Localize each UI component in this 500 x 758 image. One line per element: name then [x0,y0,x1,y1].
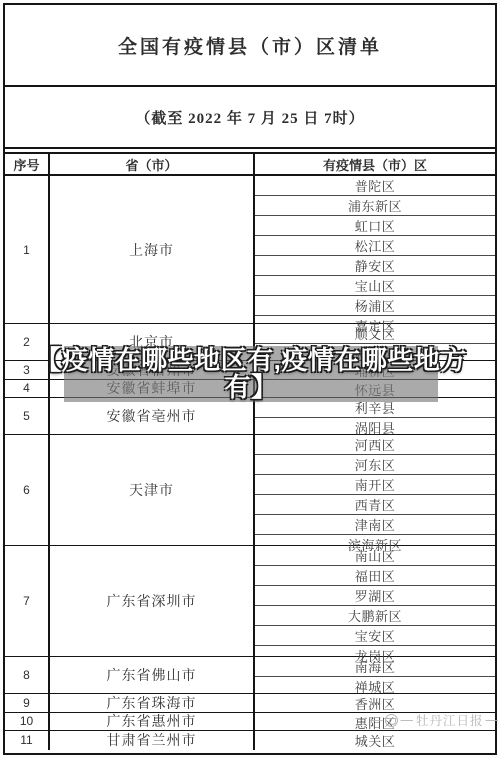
table-body: 1上海市普陀区浦东新区虹口区松江区静安区宝山区杨浦区嘉定区2北京市顺义区朝阳区3… [5,176,495,750]
document-page: 全国有疫情县（市）区清单 （截至 2022 年 7 月 25 日 7时） 序号 … [0,0,500,758]
province-cell: 上海市 [50,176,255,323]
watermark-dash: — [400,713,414,727]
district-cell: 城关区 [255,731,495,750]
subtitle-box: （截至 2022 年 7 月 25 日 7时） [5,87,495,149]
header-col-province: 省（市） [50,154,255,174]
page-subtitle: （截至 2022 年 7 月 25 日 7时） [135,107,364,128]
table-row: 5安徽省亳州市利辛县涡阳县 [5,398,495,435]
province-cell: 广东省佛山市 [50,657,255,693]
row-number-cell: 4 [5,380,50,398]
district-cell: 津南区 [255,514,495,534]
district-cell: 宝安区 [255,625,495,645]
table-row: 9广东省珠海市香洲区 [5,694,495,713]
province-cell: 广东省深圳市 [50,546,255,656]
province-cell: 天津市 [50,435,255,545]
title-box: 全国有疫情县（市）区清单 [5,5,495,87]
districts-cell: 怀远县 [255,380,495,398]
province-cell: 安徽省亳州市 [50,398,255,434]
district-cell: 宝山区 [255,275,495,295]
district-cell: 福田区 [255,565,495,585]
districts-cell: 顺义区朝阳区 [255,324,495,360]
district-cell: 普陀区 [255,176,495,195]
row-number-cell: 9 [5,694,50,712]
district-cell: 大鹏新区 [255,605,495,625]
district-cell: 南开区 [255,474,495,494]
districts-cell: 利辛县涡阳县 [255,398,495,434]
district-cell: 虹口区 [255,215,495,235]
districts-cell: 香洲区 [255,694,495,712]
table-row: 11甘肃省兰州市城关区 [5,731,495,750]
district-cell: 朝阳区 [255,343,495,363]
districts-cell: 城关区 [255,731,495,750]
district-cell: 顺义区 [255,324,495,343]
province-cell: 安徽省蚌埠市 [50,380,255,398]
row-number-cell: 6 [5,435,50,545]
table-row: 8广东省佛山市南海区禅城区 [5,657,495,694]
row-number-cell: 10 [5,713,50,731]
district-cell: 浦东新区 [255,195,495,215]
table-row: 7广东省深圳市南山区福田区罗湖区大鹏新区宝安区龙岗区 [5,546,495,657]
row-number-cell: 8 [5,657,50,693]
district-cell: 河东区 [255,454,495,474]
district-cell: 松江区 [255,235,495,255]
newspaper-logo-icon [385,714,398,727]
document-frame: 全国有疫情县（市）区清单 （截至 2022 年 7 月 25 日 7时） 序号 … [3,3,497,755]
district-cell: 南山区 [255,546,495,565]
header-col-districts: 有疫情县（市）区 [255,154,495,174]
district-cell: 埇桥区 [255,361,495,380]
districts-cell: 南山区福田区罗湖区大鹏新区宝安区龙岗区 [255,546,495,656]
district-cell: 怀远县 [255,380,495,399]
district-cell: 罗湖区 [255,585,495,605]
districts-cell: 河西区河东区南开区西青区津南区滨海新区 [255,435,495,545]
districts-cell: 南海区禅城区 [255,657,495,693]
row-number-cell: 5 [5,398,50,434]
watermark-dash: — [370,713,384,727]
district-cell: 杨浦区 [255,295,495,315]
district-cell: 禅城区 [255,676,495,696]
district-cell: 南海区 [255,657,495,676]
district-cell: 涡阳县 [255,417,495,437]
row-number-cell: 11 [5,731,50,750]
page-title: 全国有疫情县（市）区清单 [118,32,382,59]
header-col-number: 序号 [5,154,50,174]
districts-cell: 埇桥区 [255,361,495,379]
table-row: 3安徽省宿州市埇桥区 [5,361,495,380]
district-cell: 河西区 [255,435,495,454]
districts-cell: 普陀区浦东新区虹口区松江区静安区宝山区杨浦区嘉定区 [255,176,495,323]
watermark: — — 牡丹江日报 — [370,711,499,729]
province-cell: 北京市 [50,324,255,360]
district-cell: 利辛县 [255,398,495,417]
watermark-text: 牡丹江日报 [416,711,484,729]
row-number-cell: 7 [5,546,50,656]
row-number-cell: 2 [5,324,50,360]
province-cell: 广东省惠州市 [50,713,255,731]
district-cell: 西青区 [255,494,495,514]
province-cell: 甘肃省兰州市 [50,731,255,750]
table-header: 序号 省（市） 有疫情县（市）区 [5,152,495,176]
table-row: 1上海市普陀区浦东新区虹口区松江区静安区宝山区杨浦区嘉定区 [5,176,495,324]
province-cell: 广东省珠海市 [50,694,255,712]
table-row: 4安徽省蚌埠市怀远县 [5,380,495,399]
row-number-cell: 3 [5,361,50,379]
province-cell: 安徽省宿州市 [50,361,255,379]
table-row: 2北京市顺义区朝阳区 [5,324,495,361]
table-row: 6天津市河西区河东区南开区西青区津南区滨海新区 [5,435,495,546]
row-number-cell: 1 [5,176,50,323]
watermark-dash: — [486,713,500,727]
district-cell: 静安区 [255,255,495,275]
